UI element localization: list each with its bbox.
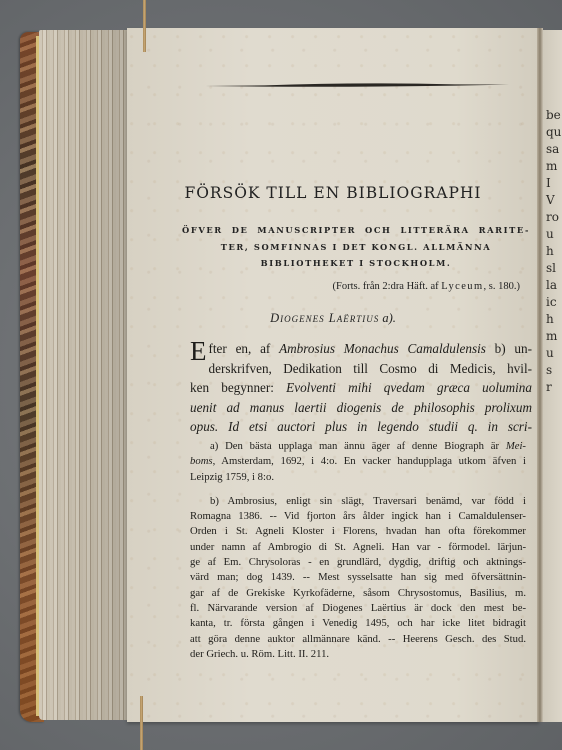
next-page-fragment: s	[546, 363, 552, 377]
bookmark-thread-bottom	[140, 696, 143, 750]
footnote-b-line: kanta, tr. första gången i Venedig 1495,…	[190, 616, 526, 631]
text-roman: ken begynner:	[190, 380, 286, 395]
next-page-fragment: sa	[546, 142, 559, 156]
text-italic: boms	[190, 455, 213, 467]
subtitle-line: BIBLIOTHEKET I STOCKHOLM.	[182, 255, 530, 272]
next-page-fragment: sl	[546, 261, 556, 275]
footnote-a-line: a) Den bästa upplaga man ännu äger af de…	[190, 439, 526, 454]
next-page-fragment: m	[546, 159, 557, 173]
text-roman: b) un-	[486, 341, 532, 356]
text-italic: Ambrosius Monachus Camaldulensis	[279, 341, 486, 356]
section-heading-ref: a).	[382, 311, 396, 325]
subtitle-line: ÖFVER DE MANUSCRIPTER OCH LITTERÄRA RARI…	[182, 222, 530, 239]
footnote-b-line: ge af Em. Chrysoloras - en grundlärd, dy…	[190, 555, 526, 570]
next-page-fragment: h	[546, 244, 554, 258]
next-page-fragment: m	[546, 329, 557, 343]
next-page-fragment: I	[546, 176, 551, 190]
footnote-b-line: der Griech. u. Röm. Litt. II. 211.	[190, 647, 526, 662]
text-roman: derskrifven, Dedikation till Cosmo di Me…	[209, 361, 533, 376]
drop-cap: E	[190, 343, 207, 359]
next-page-edge: bequsamIVrouhsllaichmusr	[543, 30, 562, 722]
footnote-b-line: fl. Närvarande version af Diogenes Laërt…	[190, 601, 526, 616]
footnote-a-line: Leipzig 1759, i 8:o.	[190, 470, 526, 485]
continuation-source: Lyceum	[441, 281, 483, 292]
continuation-note: (Forts. från 2:dra Häft. af Lyceum, s. 1…	[333, 281, 520, 292]
body-text: E fter en, af Ambrosius Monachus Camaldu…	[190, 339, 532, 437]
next-page-fragment: la	[546, 278, 557, 292]
bookmark-thread-top	[143, 0, 146, 52]
body-line: opus. Id etsi auctori plus in legendo st…	[190, 417, 532, 437]
text-italic: uenit ad manus laertii diogenis de philo…	[190, 400, 532, 415]
footnote-b-line: b) Ambrosius, enligt sin slägt, Traversa…	[190, 494, 526, 509]
footnote-gap	[190, 485, 526, 494]
page-title: FÖRSÖK TILL EN BIBLIOGRAPHI	[127, 184, 539, 202]
text-italic: Evolventi mihi qvedam græca uolumina	[286, 380, 532, 395]
text-italic: opus. Id etsi auctori plus in legendo st…	[190, 419, 532, 434]
ornamental-rule	[205, 82, 513, 87]
continuation-suffix: , s. 180.)	[484, 281, 520, 292]
footnote-b-line: under namn af Ambrogio di St. Agneli. Ha…	[190, 540, 526, 555]
text-roman: , Amsterdam, 1692, i 4:o. En vacker hand…	[213, 455, 526, 467]
page-fore-edge-stack	[39, 30, 129, 720]
footnote-b-line: Romagna 1386. -- Vid fjorton års ålder i…	[190, 509, 526, 524]
footnote-a-line: boms, Amsterdam, 1692, i 4:o. En vacker …	[190, 454, 526, 469]
next-page-fragment: r	[546, 380, 552, 394]
body-line: ken begynner: Evolventi mihi qvedam græc…	[190, 378, 532, 398]
next-page-fragment: be	[546, 108, 561, 122]
next-page-fragment: ro	[546, 210, 559, 224]
footnotes: a) Den bästa upplaga man ännu äger af de…	[190, 439, 526, 662]
footnote-b-line: värd man; dog 1439. -- Mest sysselsatte …	[190, 570, 526, 585]
footnote-b-line: gar af de Grekiske Kyrkofäderne, såsom C…	[190, 586, 526, 601]
text-roman: Leipzig 1759, i 8:o.	[190, 471, 274, 483]
body-line: uenit ad manus laertii diogenis de philo…	[190, 398, 532, 418]
continuation-prefix: (Forts. från 2:dra Häft. af	[333, 281, 442, 292]
next-page-fragment: u	[546, 227, 554, 241]
next-page-fragment: ic	[546, 295, 557, 309]
footnote-b-line: att göra denne auktor allmännare känd. -…	[190, 632, 526, 647]
footnote-b-line: Orden i St. Agneli Kloster i Florens, hv…	[190, 524, 526, 539]
next-page-fragment: qu	[546, 125, 561, 139]
next-page-fragment: V	[546, 193, 555, 207]
body-line: fter en, af Ambrosius Monachus Camaldule…	[190, 339, 532, 359]
subtitle-line: TER, SOMFINNAS I DET KONGL. ALLMÄNNA	[182, 239, 530, 256]
text-roman: a) Den bästa upplaga man ännu äger af de…	[210, 440, 506, 452]
section-heading: Diogenes Laërtius a).	[127, 311, 539, 326]
next-page-fragment: u	[546, 346, 554, 360]
gilt-edge	[36, 36, 39, 716]
body-line: derskrifven, Dedikation till Cosmo di Me…	[190, 359, 532, 379]
next-page-fragment: h	[546, 312, 554, 326]
text-roman: fter en, af	[209, 341, 280, 356]
text-italic: Mei-	[506, 440, 526, 452]
section-heading-name: Diogenes Laërtius	[270, 311, 379, 325]
page-subtitle: ÖFVER DE MANUSCRIPTER OCH LITTERÄRA RARI…	[182, 222, 530, 272]
